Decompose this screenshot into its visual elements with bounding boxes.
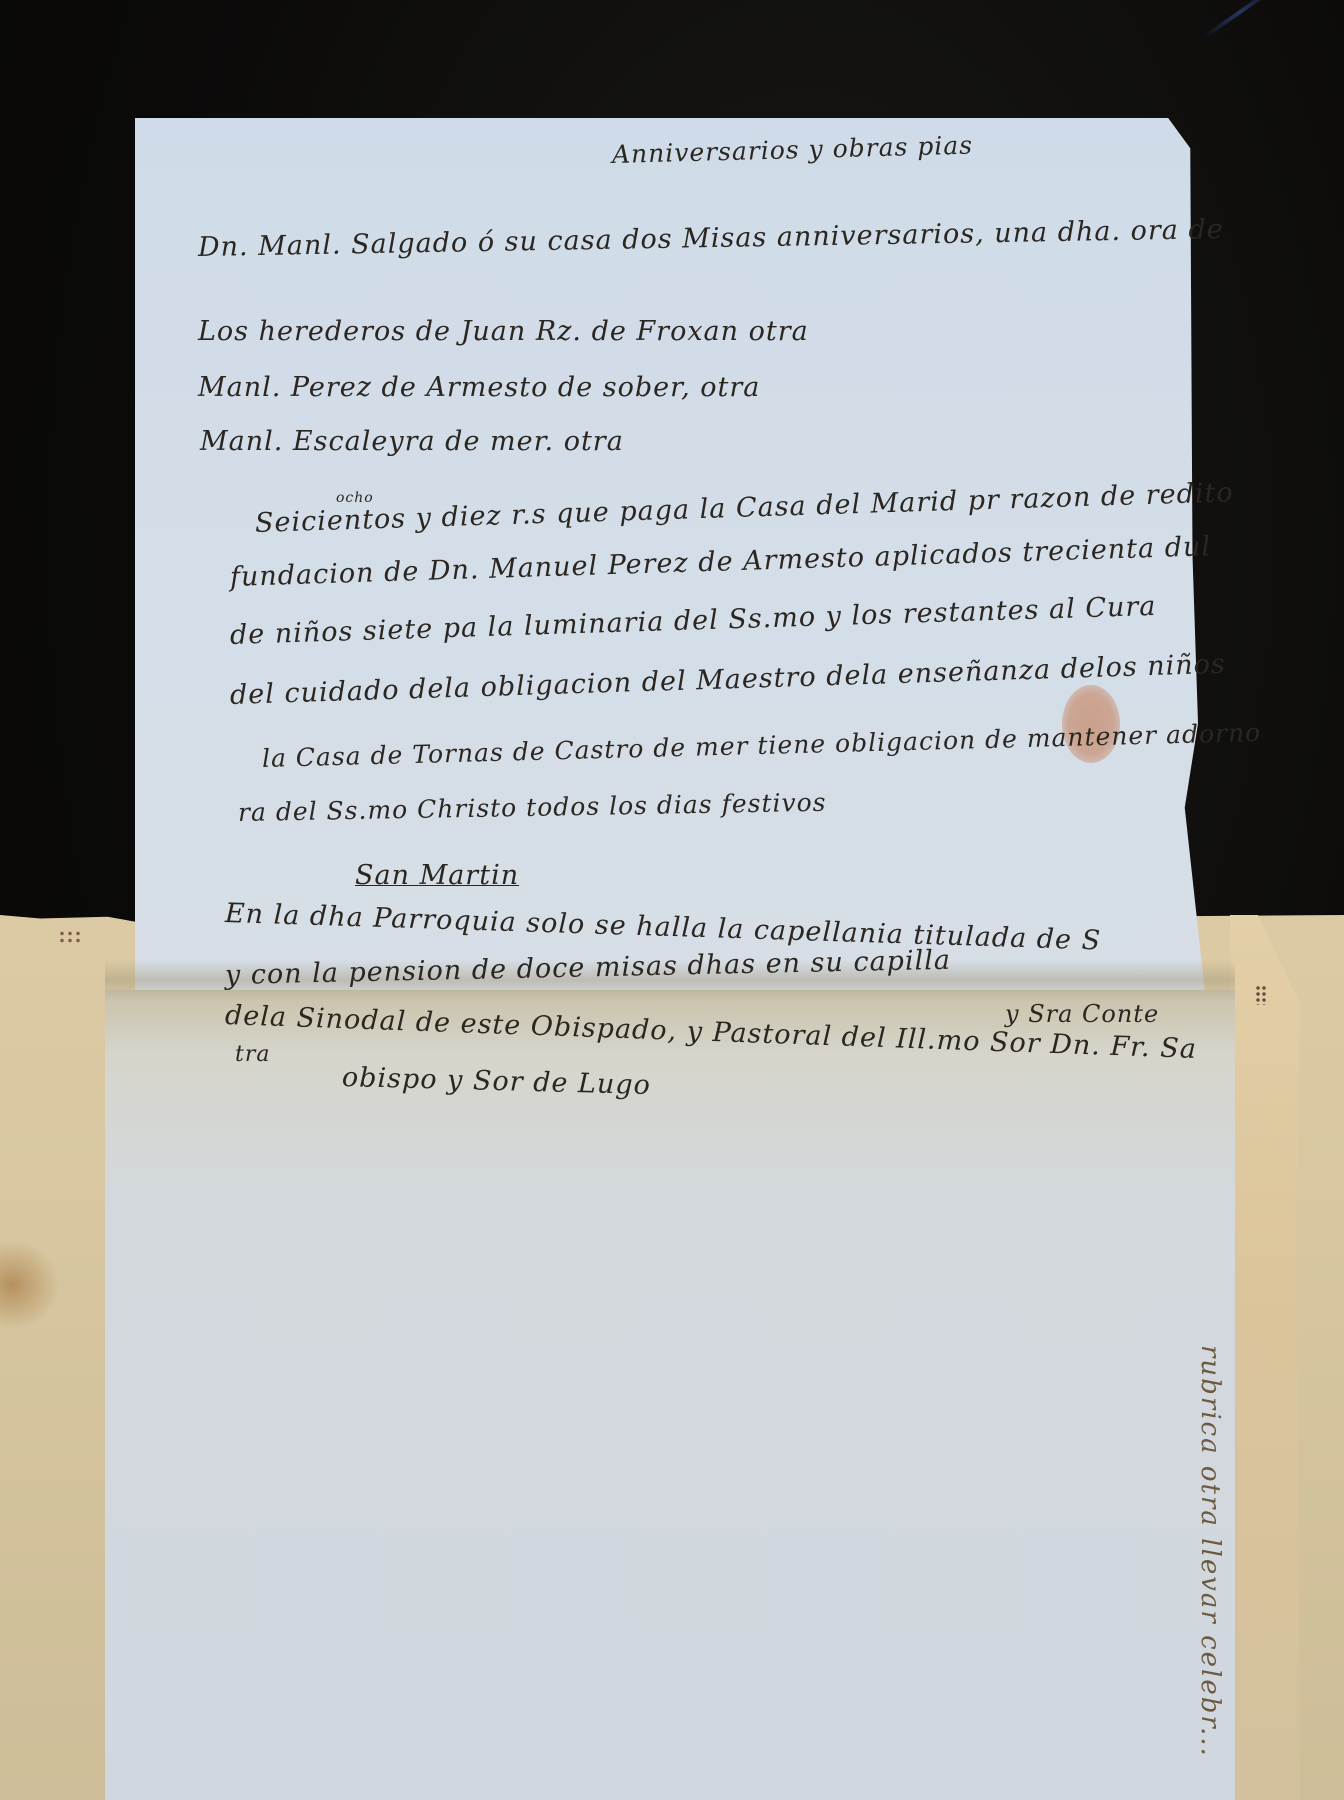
- section-title: San Martin: [355, 860, 519, 891]
- superscript-insertion: ocho: [336, 490, 374, 506]
- water-stain-left: [0, 1240, 60, 1330]
- manuscript-line: y Sra Conte: [1005, 1000, 1159, 1028]
- ink-specks-right: [1255, 985, 1267, 1005]
- manuscript-line: tra: [235, 1042, 270, 1067]
- manuscript-line: Los herederos de Juan Rz. de Froxan otra: [198, 316, 809, 347]
- manuscript-page-lower: [105, 990, 1235, 1800]
- margin-note: rubrica otra llevar celebr...: [1195, 1345, 1225, 1758]
- ink-specks-left: [58, 930, 83, 944]
- beige-right-fold: [1230, 915, 1300, 1800]
- manuscript-line: Manl. Perez de Armesto de sober, otra: [198, 372, 760, 403]
- manuscript-line: Manl. Escaleyra de mer. otra: [200, 426, 624, 457]
